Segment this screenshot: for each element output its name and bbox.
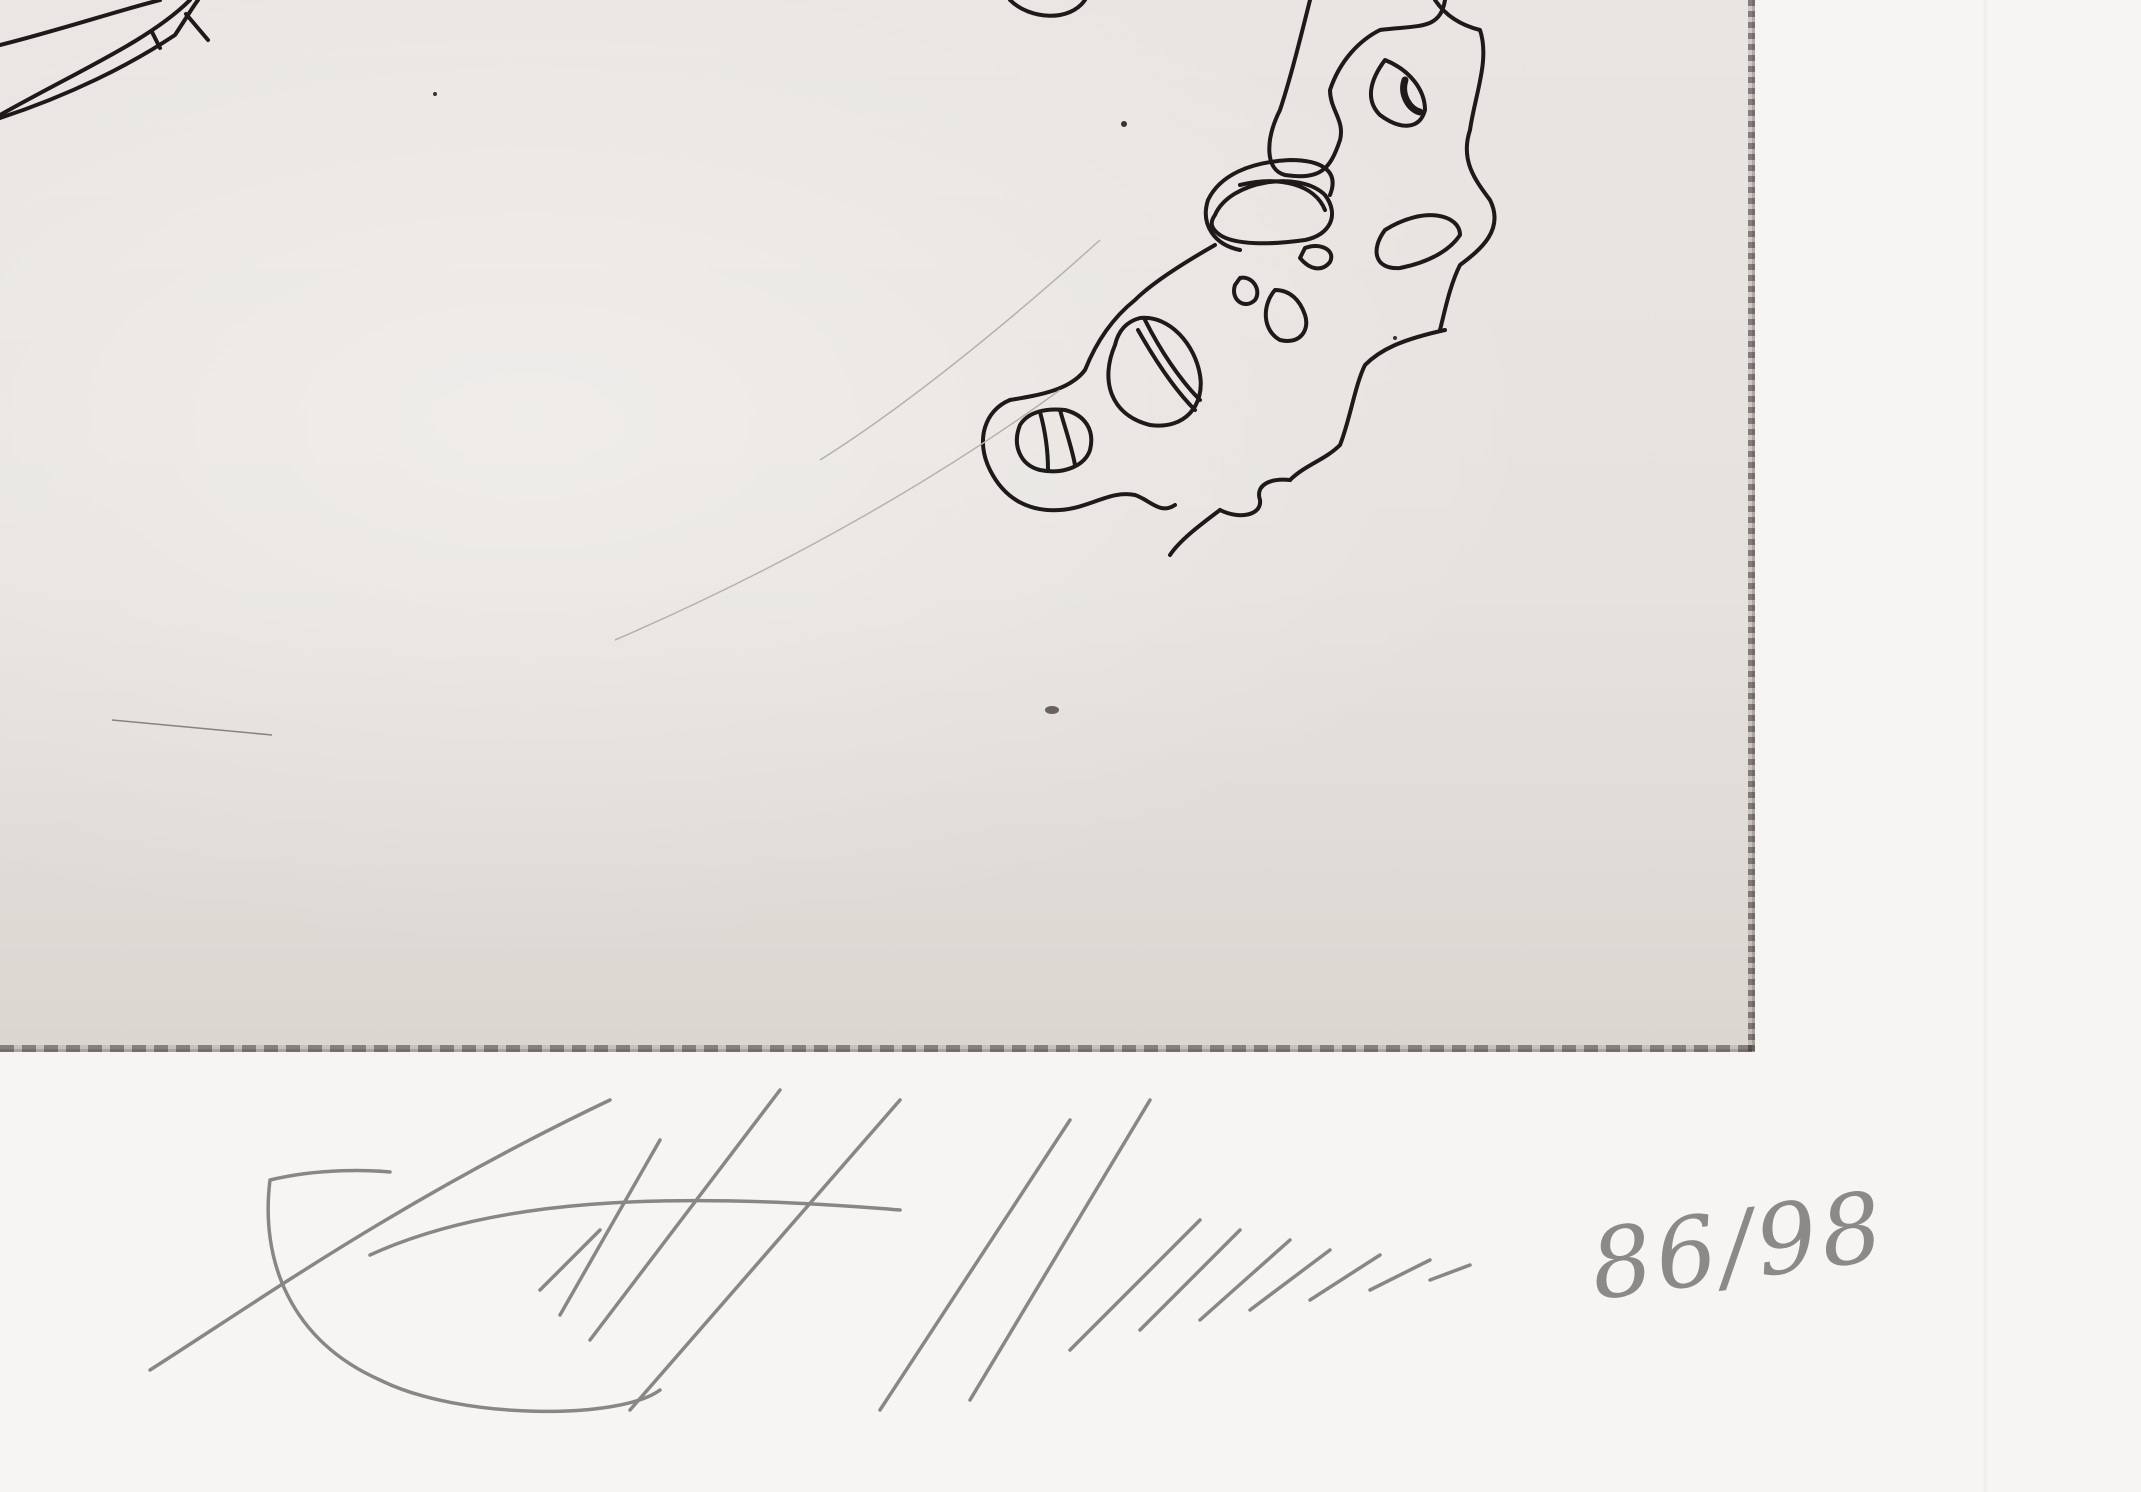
artist-signature (140, 1080, 1590, 1440)
